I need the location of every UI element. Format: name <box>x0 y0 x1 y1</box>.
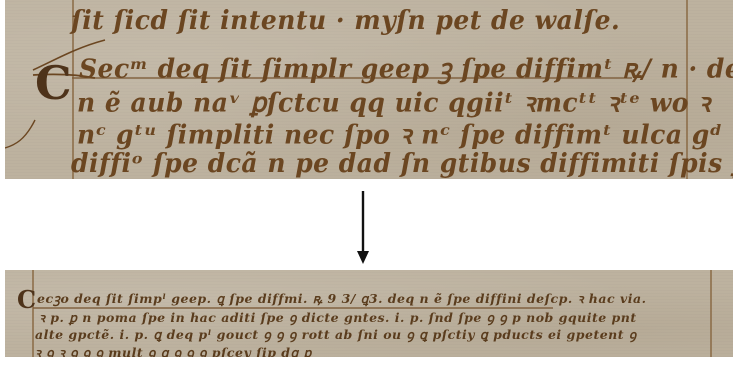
text-line-1: ecꝫo deq ſit ſimpˡ geep. ꝗ ſpe diffmi. ꝶ… <box>37 290 646 307</box>
manuscript-line-image-top: C ſit ſicd ſit intentu · myſn pet de wal… <box>5 0 733 179</box>
decorated-initial: C <box>35 56 72 110</box>
manuscript-line-image-bottom: C ecꝫo deq ſit ſimpˡ geep. ꝗ ſpe diffmi.… <box>5 270 733 357</box>
text-line-1: ſit ſicd ſit intentu · myſn pet de walſe… <box>71 5 620 35</box>
decorated-initial: C <box>17 285 36 314</box>
text-line-2: ꝛ p. ꝑ n poma ſpe in hac aditi ſpe ꝯ dic… <box>39 309 637 326</box>
figure: C ſit ſicd ſit intentu · myſn pet de wal… <box>0 0 739 366</box>
text-line-5: diffiᵒ ſpe dcã n pe dad ſn gtibus diffim… <box>71 148 733 178</box>
margin-rule-right <box>710 270 712 357</box>
arrow-down-icon <box>355 191 371 265</box>
text-line-2: Secᵐ deq ſit ſimplr geep ꝫ ſpe diffimᵗ ꝶ… <box>79 50 733 86</box>
text-line-3: alte gpctẽ. i. p. ꝗ deq pˡ gouct ꝯ ꝯ ꝯ r… <box>35 326 637 343</box>
text-line-3: n ẽ aub naᵛ ꝑſctcu qq uic qgiiᵗ ꝛmcᵗᵗ ꝛᵗ… <box>77 84 711 120</box>
text-line-4: ꝛ ꝯ ꝛ ꝯ ꝯ ꝯ mult ꝯ ꝗ ꝯ ꝯ ꝯ pſcey ſip dꝗ … <box>35 344 312 357</box>
text-line-4: nᶜ gᵗᵘ ſimpliti nec ſpo ꝛ nᶜ ſpe diffimᵗ… <box>77 116 733 152</box>
